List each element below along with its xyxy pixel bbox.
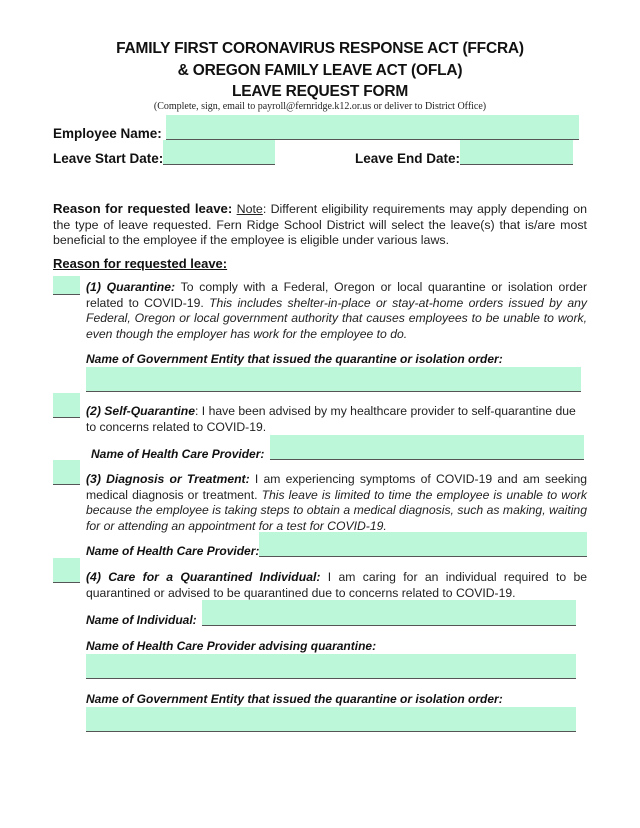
reason-3-provider-label: Name of Health Care Provider:: [86, 544, 259, 558]
reason-1-entity-field[interactable]: [86, 367, 581, 392]
reason-2-provider-label: Name of Health Care Provider:: [91, 447, 264, 461]
employee-name-label: Employee Name:: [53, 126, 162, 141]
form-title-line3: LEAVE REQUEST FORM: [0, 83, 640, 101]
reason-4-checkbox[interactable]: [53, 558, 80, 583]
leave-end-date-label: Leave End Date:: [355, 151, 460, 166]
form-title-line1: FAMILY FIRST CORONAVIRUS RESPONSE ACT (F…: [0, 40, 640, 58]
leave-end-date-field[interactable]: [460, 140, 573, 165]
reason-3-description: (3) Diagnosis or Treatment: I am experie…: [86, 472, 587, 534]
reason-2-title: (2) Self-Quarantine: [86, 404, 195, 418]
reason-1-description: (1) Quarantine: To comply with a Federal…: [86, 280, 587, 342]
eligibility-note: Reason for requested leave: Note: Differ…: [53, 201, 587, 249]
reason-4-description: (4) Care for a Quarantined Individual: I…: [86, 570, 587, 601]
note-word: Note: [237, 202, 263, 216]
reason-4-entity-field[interactable]: [86, 707, 576, 732]
leave-start-date-label: Leave Start Date:: [53, 151, 163, 166]
reason-3-title: (3) Diagnosis or Treatment:: [86, 472, 250, 486]
form-instructions: (Complete, sign, email to payroll@fernri…: [0, 101, 640, 112]
reason-1-checkbox[interactable]: [53, 276, 80, 295]
reason-4-entity-label: Name of Government Entity that issued th…: [86, 692, 503, 706]
form-title-line2: & OREGON FAMILY LEAVE ACT (OFLA): [0, 62, 640, 80]
reason-3-provider-field[interactable]: [259, 532, 587, 557]
reason-4-provider-label: Name of Health Care Provider advising qu…: [86, 639, 376, 653]
reason-2-description: (2) Self-Quarantine: I have been advised…: [86, 404, 587, 435]
reasons-heading: Reason for requested leave:: [53, 256, 227, 271]
employee-name-field[interactable]: [166, 115, 579, 140]
leave-start-date-field[interactable]: [163, 140, 275, 165]
reason-2-provider-field[interactable]: [270, 435, 584, 460]
reason-4-individual-label: Name of Individual:: [86, 613, 197, 627]
reason-4-provider-field[interactable]: [86, 654, 576, 679]
note-heading: Reason for requested leave:: [53, 201, 232, 216]
reason-4-individual-field[interactable]: [202, 600, 576, 626]
reason-4-title: (4) Care for a Quarantined Individual:: [86, 570, 320, 584]
reason-1-entity-label: Name of Government Entity that issued th…: [86, 352, 503, 366]
reason-1-title: (1) Quarantine:: [86, 280, 175, 294]
reason-2-checkbox[interactable]: [53, 393, 80, 418]
reason-3-checkbox[interactable]: [53, 460, 80, 485]
